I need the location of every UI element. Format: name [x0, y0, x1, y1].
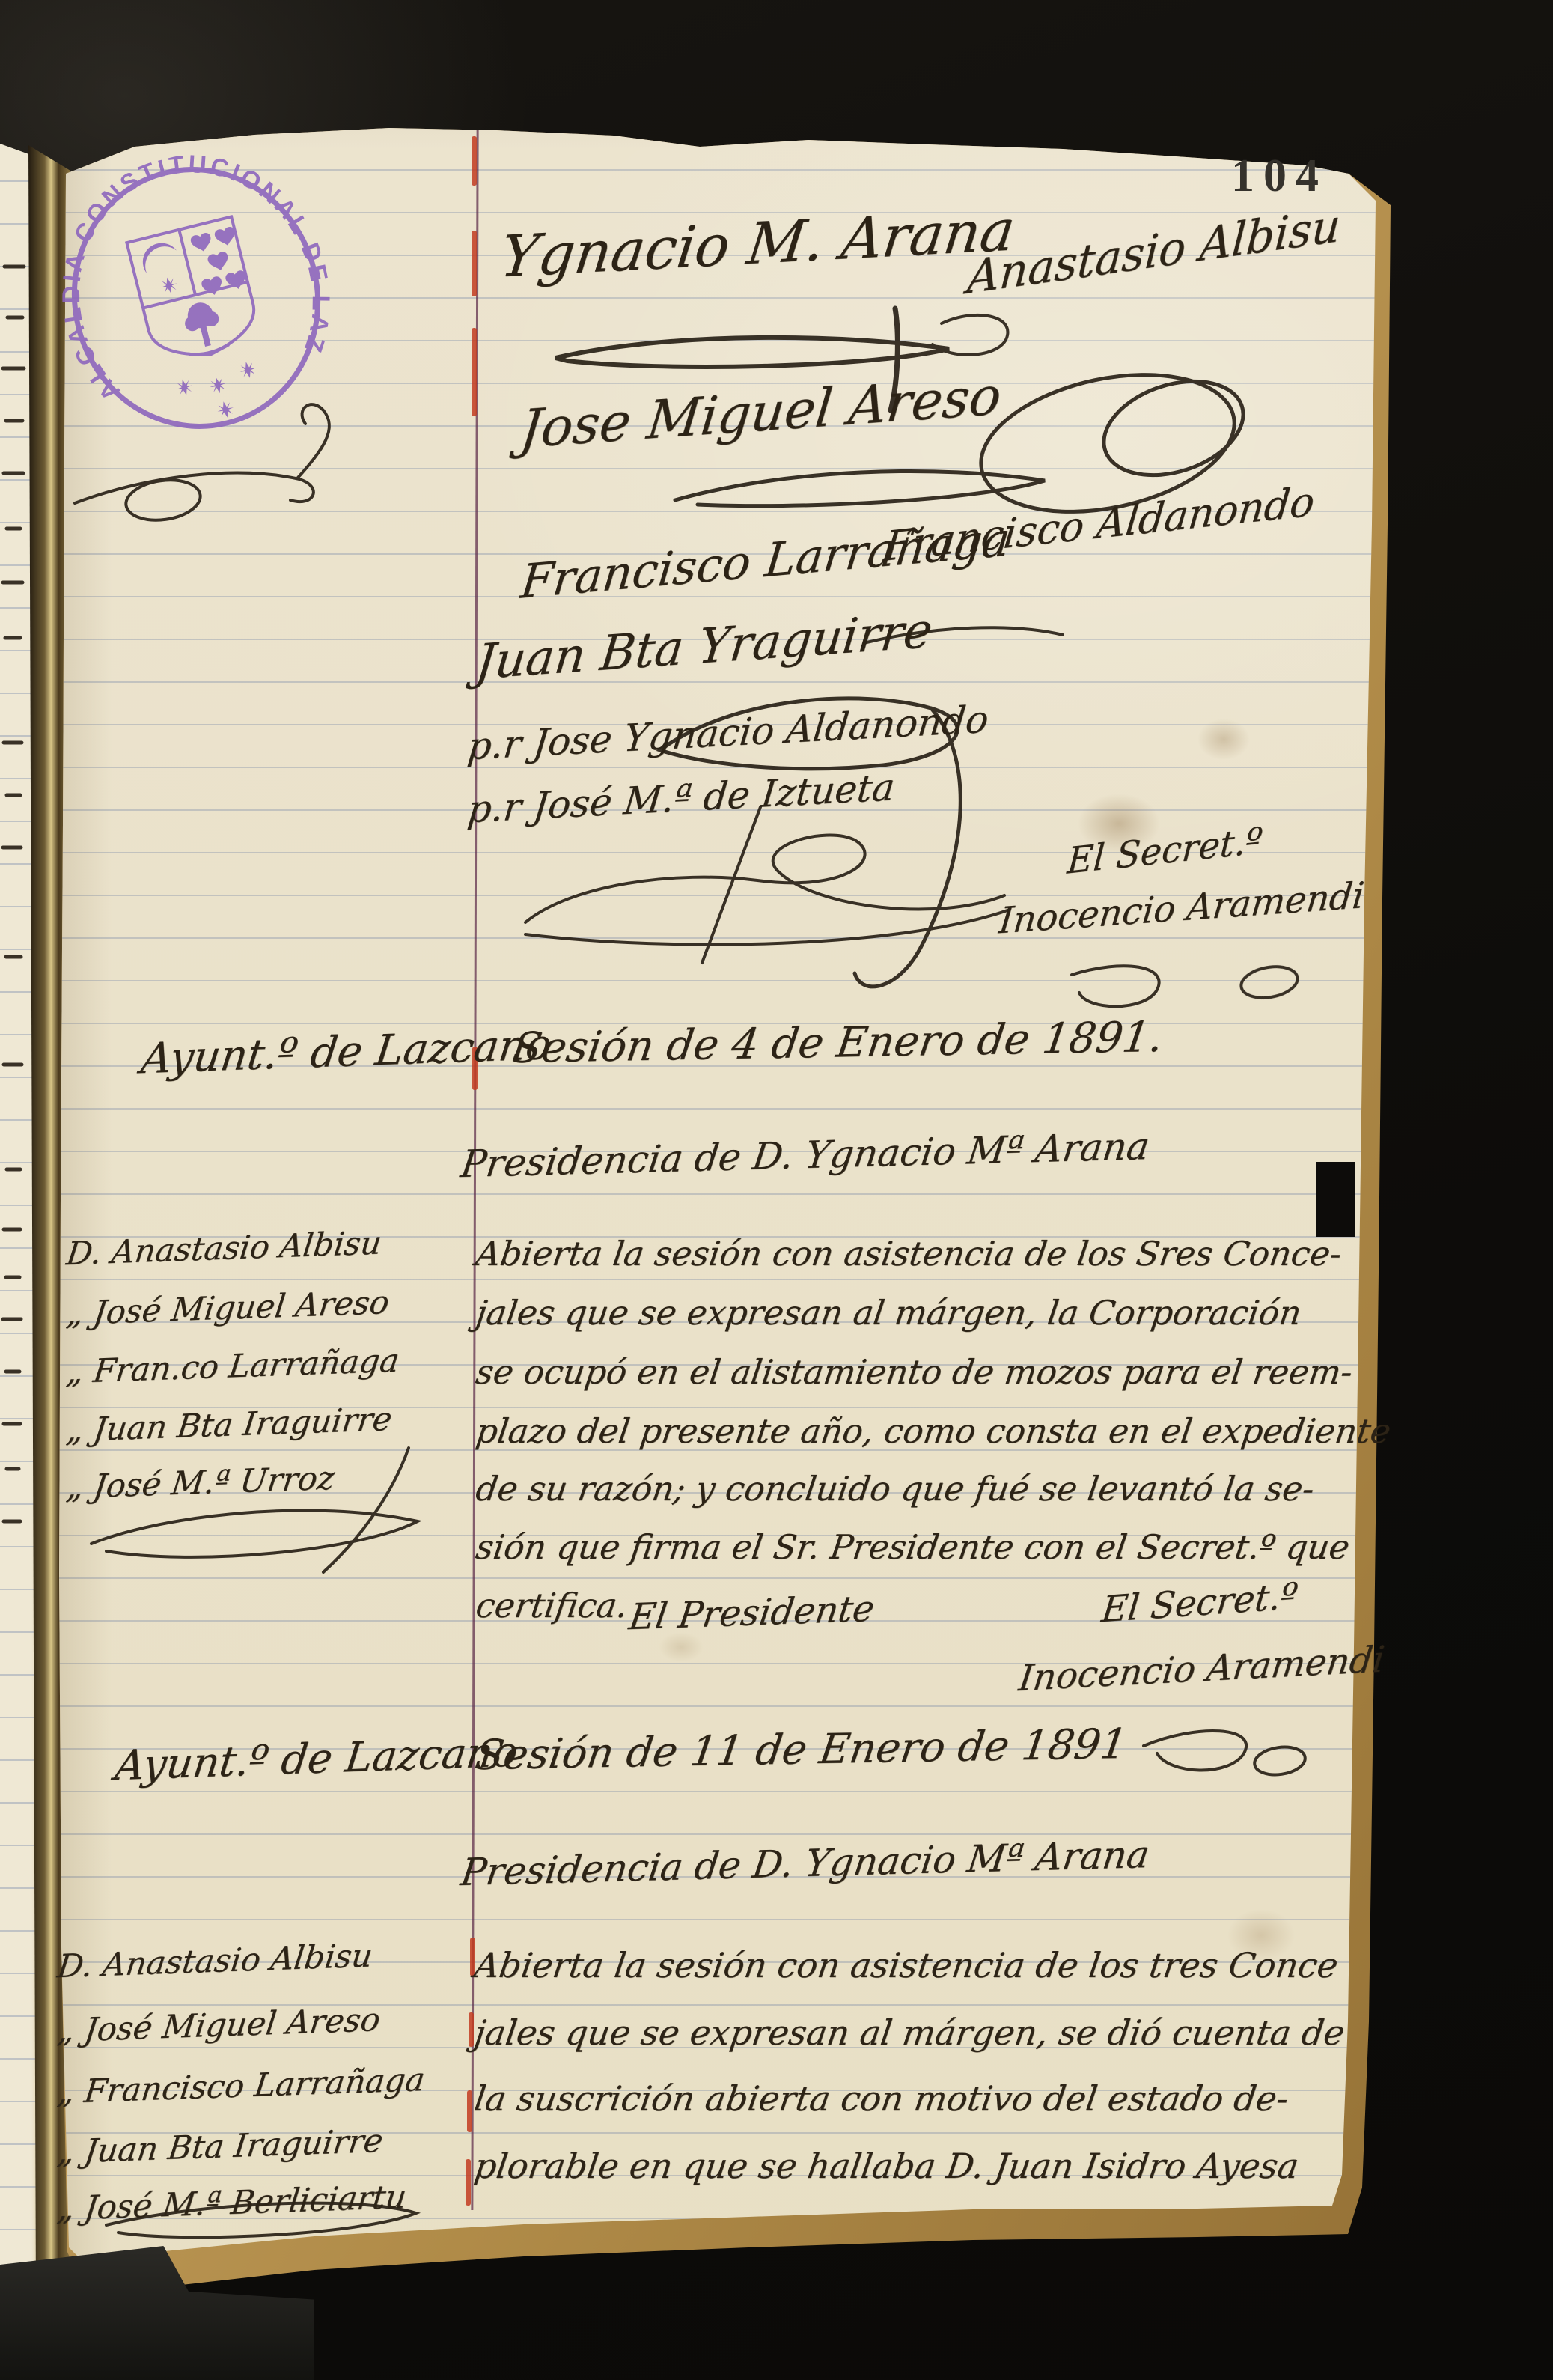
- session-2-body-line: Abierta la sesión con asistencia de los …: [472, 1945, 1340, 1985]
- closing-president-label: El Presidente: [626, 1588, 877, 1639]
- session-1-body-line: de su razón; y concluido que fué se leva…: [474, 1469, 1317, 1509]
- margin-rule-red-segment: [467, 2090, 472, 2132]
- session-1-body-line: sión que firma el Sr. Presidente con el …: [474, 1527, 1352, 1567]
- paper-stain: [1197, 719, 1250, 760]
- session-1-body-line: jales que se expresan al márgen, la Corp…: [474, 1293, 1305, 1333]
- page-number: 104: [1231, 150, 1328, 203]
- session-1-body-line: plazo del presente año, como consta en e…: [474, 1411, 1394, 1451]
- session-1-body-line: se ocupó en el alistamiento de mozos par…: [474, 1352, 1355, 1392]
- session-2-body-line: jales que se expresan al márgen, se dió …: [472, 2012, 1347, 2053]
- margin-rule-red-segment: [472, 328, 477, 416]
- margin-rule-red-segment: [466, 2159, 471, 2206]
- margin-rule-red-segment: [472, 231, 477, 296]
- margin-rule-red-segment: [472, 136, 477, 186]
- session-1-body-line: certifica.: [474, 1586, 631, 1625]
- photo-background: ALCALDIA CONSTITUCIONAL DE LAZCANO: [0, 0, 1553, 2380]
- session-2-body-line: la suscrición abierta con motivo del est…: [472, 2078, 1291, 2119]
- session-1-body-line: Abierta la sesión con asistencia de los …: [474, 1234, 1345, 1273]
- page-notch: [1316, 1162, 1355, 1237]
- session-2-body-line: plorable en que se hallaba D. Juan Isidr…: [472, 2146, 1301, 2186]
